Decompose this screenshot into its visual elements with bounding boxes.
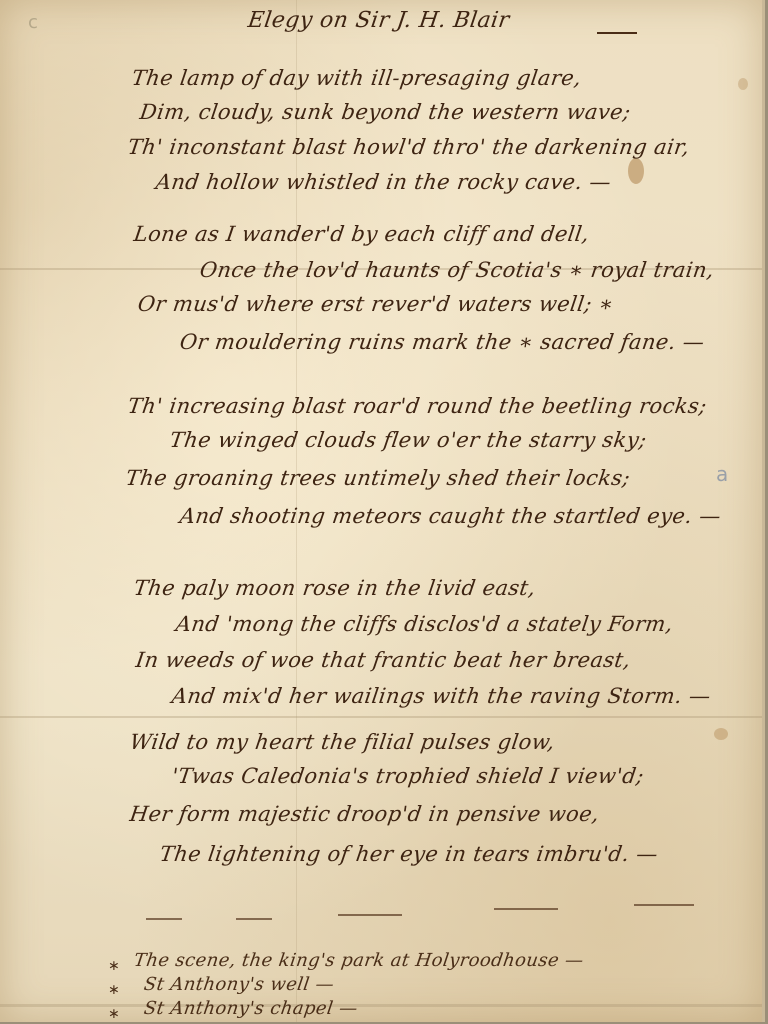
- footnote-marker: ∗: [108, 982, 120, 998]
- manuscript-page: c Elegy on Sir J. H. Blair The lamp of d…: [0, 0, 765, 1022]
- ink-stain: [738, 78, 748, 90]
- poem-line: In weeds of woe that frantic beat her br…: [134, 648, 632, 672]
- poem-line: Lone as I wander'd by each cliff and del…: [132, 222, 591, 246]
- poem-line: Her form majestic droop'd in pensive woe…: [128, 802, 601, 826]
- footnote-text: St Anthony's well —: [143, 974, 336, 995]
- poem-line: Wild to my heart the filial pulses glow,: [128, 730, 556, 754]
- footnote-marker: ∗: [108, 958, 120, 974]
- poem-line: The lamp of day with ill-presaging glare…: [130, 66, 583, 90]
- poem-line: The groaning trees untimely shed their l…: [124, 466, 631, 490]
- separator-dash: [634, 904, 694, 906]
- poem-title: Elegy on Sir J. H. Blair: [246, 8, 511, 33]
- poem-line: Dim, cloudy, sunk beyond the western wav…: [138, 100, 632, 124]
- poem-line: Or mus'd where erst rever'd waters well;…: [136, 292, 615, 316]
- separator-dash: [236, 918, 272, 920]
- poem-line: 'Twas Caledonia's trophied shield I view…: [170, 764, 645, 788]
- poem-line: Th' increasing blast roar'd round the be…: [126, 394, 708, 418]
- poem-line: The paly moon rose in the livid east,: [132, 576, 537, 600]
- separator-dash: [494, 908, 558, 910]
- poem-line: Once the lov'd haunts of Scotia's ∗ roya…: [198, 258, 715, 282]
- title-dash: [597, 32, 637, 34]
- fold-crease: [0, 716, 762, 718]
- poem-line: And shooting meteors caught the startled…: [178, 504, 722, 528]
- ink-stain: [628, 158, 644, 184]
- poem-line: Th' inconstant blast howl'd thro' the da…: [126, 135, 691, 159]
- poem-line: And hollow whistled in the rocky cave. —: [154, 170, 612, 194]
- poem-line: The lightening of her eye in tears imbru…: [158, 842, 659, 866]
- footnote-text: St Anthony's chapel —: [143, 998, 360, 1019]
- poem-line: And mix'd her wailings with the raving S…: [170, 684, 712, 708]
- pencil-mark-corner: c: [28, 12, 38, 33]
- poem-line: The winged clouds flew o'er the starry s…: [168, 428, 648, 452]
- separator-dash: [338, 914, 402, 916]
- poem-line: And 'mong the cliffs disclos'd a stately…: [174, 612, 674, 636]
- footnote-marker: ∗: [108, 1006, 120, 1022]
- footnote-text: The scene, the king's park at Holyroodho…: [133, 950, 586, 971]
- poem-line: Or mouldering ruins mark the ∗ sacred fa…: [178, 330, 706, 354]
- ink-stain: [714, 728, 728, 740]
- separator-dash: [146, 918, 182, 920]
- pencil-mark-margin: a: [716, 462, 728, 486]
